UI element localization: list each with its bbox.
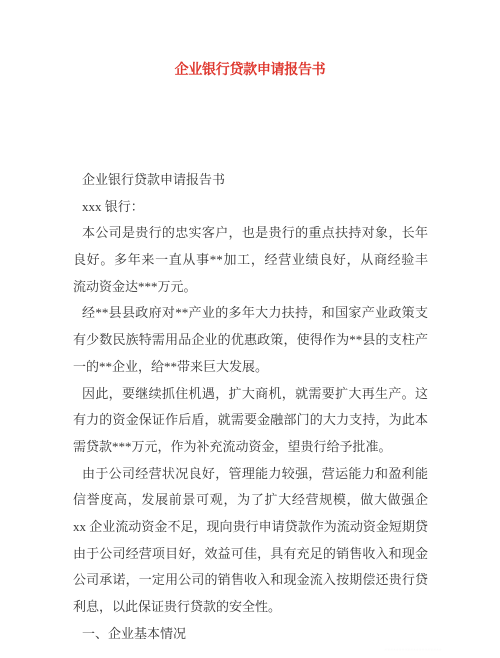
text-line: 公司承诺，一定用公司的销售收入和现金流入按期偿还贵行贷款和 <box>73 567 428 594</box>
text-line: 有少数民族特需用品企业的优惠政策，使得作为**县的支柱产业之 <box>73 327 428 354</box>
text-line: 良好。多年来一直从事**加工，经营业绩良好，从商经验丰厚，现 <box>73 247 428 274</box>
text-line: xx 企业流动资金不足，现向贵行申请贷款作为流动资金短期贷款， <box>73 514 428 541</box>
text-line: 本公司是贵行的忠实客户，也是贵行的重点扶持对象，长年来信用 <box>73 220 428 247</box>
text-line: 一、企业基本情况 <box>73 621 428 648</box>
text-line: 流动资金达***万元。 <box>73 274 428 301</box>
text-line: 信誉度高，发展前景可观，为了扩大经营规模，做大做强企业，但 <box>73 487 428 514</box>
document-title: 企业银行贷款申请报告书 <box>0 59 500 83</box>
document-page: 企业银行贷款申请报告书 企业银行贷款申请报告书xxx 银行：本公司是贵行的忠实客… <box>0 0 500 658</box>
text-line: 经**县县政府对**产业的多年大力扶持，和国家产业政策支持，并 <box>73 300 428 327</box>
text-line: 由于公司经营项目好，效益可佳，具有充足的销售收入和现金流入， <box>73 541 428 568</box>
text-line: 利息，以此保证贵行贷款的安全性。 <box>73 594 428 621</box>
watermark-text: .................... <box>385 644 460 654</box>
text-line: 需贷款***万元，作为补充流动资金，望贵行给予批准。 <box>73 434 428 461</box>
document-body: 企业银行贷款申请报告书xxx 银行：本公司是贵行的忠实客户，也是贵行的重点扶持对… <box>73 167 428 647</box>
text-line: xxx 银行： <box>73 194 428 221</box>
text-line: 由于公司经营状况良好，管理能力较强，营运能力和盈利能力较强， <box>73 461 428 488</box>
text-line: 企业银行贷款申请报告书 <box>73 167 428 194</box>
text-line: 因此，要继续抓住机遇，扩大商机，就需要扩大再生产。这需要强 <box>73 381 428 408</box>
text-line: 有力的资金保证作后盾，就需要金融部门的大力支持，为此本公司 <box>73 407 428 434</box>
text-line: 一的**企业，给**带来巨大发展。 <box>73 354 428 381</box>
